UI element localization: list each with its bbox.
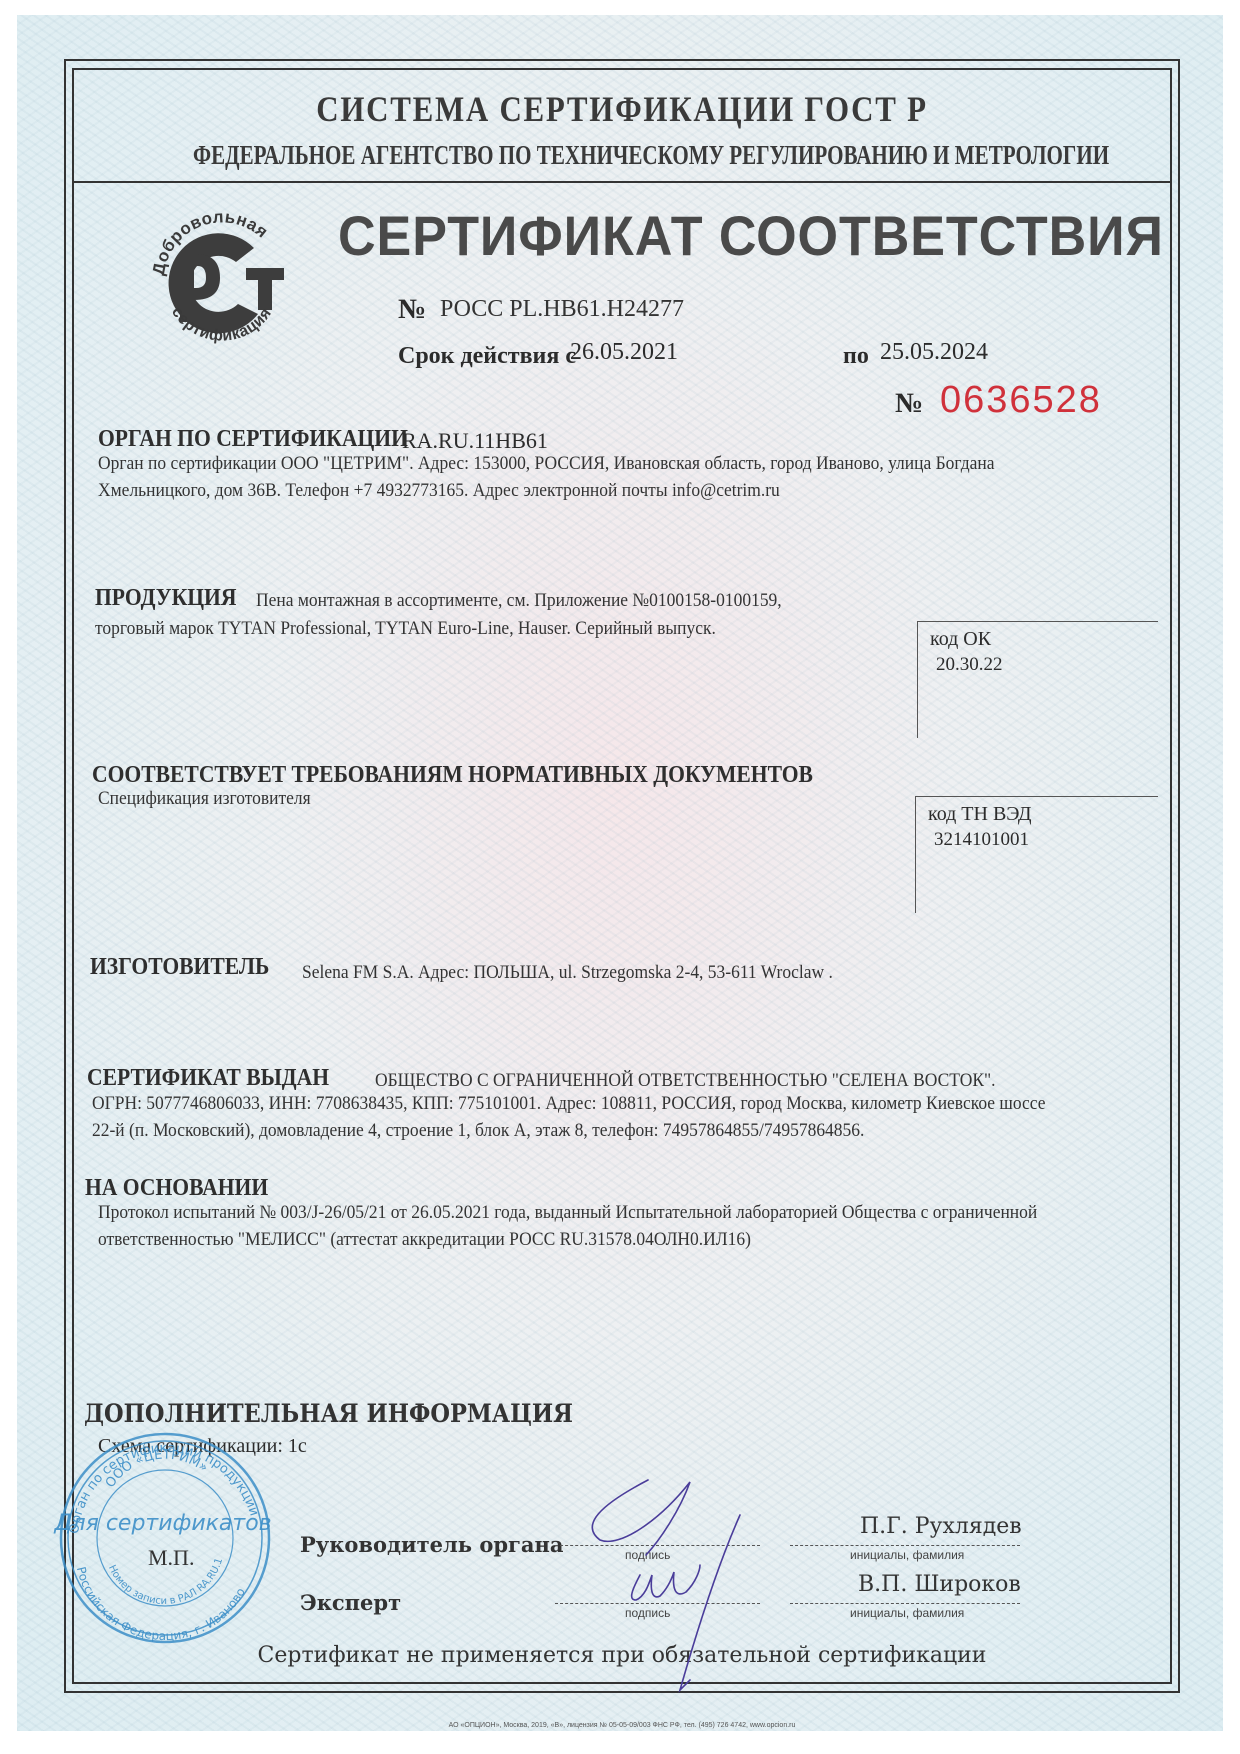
head-signature-caption: подпись xyxy=(625,1548,670,1562)
expert-name-caption: инициалы, фамилия xyxy=(850,1606,964,1620)
tnved-code-label: код ТН ВЭД xyxy=(928,803,1031,826)
head-of-body-label: Руководитель органа xyxy=(300,1532,563,1557)
serial-number: 0636528 xyxy=(940,379,1102,422)
valid-from-date: 26.05.2021 xyxy=(570,339,678,366)
footer-note: Сертификат не применяется при обязательн… xyxy=(72,1643,1172,1668)
organ-heading: ОРГАН ПО СЕРТИФИКАЦИИ xyxy=(98,426,408,453)
tnved-code-value: 3214101001 xyxy=(934,829,1029,851)
serial-number-label: № xyxy=(895,388,923,420)
ok-code-box: код ОК 20.30.22 xyxy=(917,621,1158,738)
head-name-caption: инициалы, фамилия xyxy=(850,1548,964,1562)
compliance-text: Спецификация изготовителя xyxy=(98,785,311,812)
manufacturer-heading: ИЗГОТОВИТЕЛЬ xyxy=(90,954,269,981)
issued-to-details: ОГРН: 5077746806033, ИНН: 7708638435, КП… xyxy=(92,1090,1067,1144)
tnved-code-box: код ТН ВЭД 3214101001 xyxy=(915,796,1158,913)
header-divider xyxy=(72,181,1172,183)
valid-to-label: по xyxy=(843,343,869,370)
head-name: П.Г. Рухлядев xyxy=(860,1514,1022,1539)
product-line-2: торговый марок TYTAN Professional, TYTAN… xyxy=(95,615,716,642)
document-title: СЕРТИФИКАТ СООТВЕТСТВИЯ xyxy=(338,203,1164,268)
head-signature-line xyxy=(555,1545,760,1546)
expert-name: В.П. Широков xyxy=(858,1572,1021,1597)
system-title: СИСТЕМА СЕРТИФИКАЦИИ ГОСТ Р xyxy=(149,88,1095,130)
expert-label: Эксперт xyxy=(300,1590,401,1615)
ok-code-label: код ОК xyxy=(930,628,991,651)
head-name-line xyxy=(790,1545,1020,1546)
expert-name-line xyxy=(790,1603,1020,1604)
basis-details: Протокол испытаний № 003/J-26/05/21 от 2… xyxy=(98,1199,1073,1253)
valid-to-date: 25.05.2024 xyxy=(880,339,988,366)
issued-to-heading: СЕРТИФИКАТ ВЫДАН xyxy=(87,1065,329,1092)
product-line-1: Пена монтажная в ассортименте, см. Прило… xyxy=(256,587,782,614)
printer-info: АО «ОПЦИОН», Москва, 2019, «В», лицензия… xyxy=(72,1722,1172,1729)
expert-signature-line xyxy=(555,1603,760,1604)
expert-signature-caption: подпись xyxy=(625,1606,670,1620)
certification-scheme: Схема сертификации: 1с xyxy=(98,1435,307,1458)
rst-logo-icon: Добровольная сертификация xyxy=(146,206,296,356)
basis-heading: НА ОСНОВАНИИ xyxy=(85,1175,268,1202)
seal-place-label: М.П. xyxy=(148,1545,194,1571)
organ-details: Орган по сертификации ООО "ЦЕТРИМ". Адре… xyxy=(98,450,1092,504)
validity-label: Срок действия с xyxy=(398,343,576,370)
certificate-number: РОСС PL.НВ61.Н24277 xyxy=(440,296,684,323)
additional-info-heading: ДОПОЛНИТЕЛЬНАЯ ИНФОРМАЦИЯ xyxy=(84,1399,573,1428)
agency-name: ФЕДЕРАЛЬНОЕ АГЕНТСТВО ПО ТЕХНИЧЕСКОМУ РЕ… xyxy=(193,140,1051,171)
manufacturer-details: Selena FM S.A. Адрес: ПОЛЬША, ul. Strzeg… xyxy=(302,959,833,986)
certificate-number-label: № xyxy=(398,294,426,326)
ok-code-value: 20.30.22 xyxy=(936,654,1003,676)
product-heading: ПРОДУКЦИЯ xyxy=(95,585,236,612)
